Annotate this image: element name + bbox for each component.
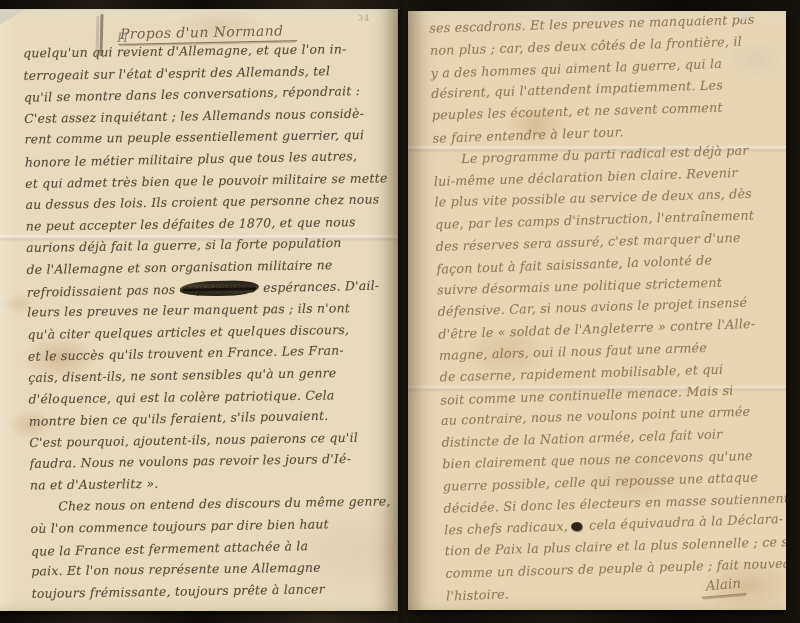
crease-notch [735, 11, 753, 21]
pencil-page-number: 34 [358, 14, 370, 23]
left-page: II 34 Propos d'un Normand quelqu'un qui … [0, 9, 398, 611]
left-page-text: quelqu'un qui revient d'Allemagne, et qu… [23, 37, 398, 604]
line-text: cela équivaudra à la Déclara- [585, 511, 784, 533]
line-text: espérances. D'ail- [259, 277, 380, 294]
manuscript-line: ne peut accepter les défaites de 1870, e… [26, 210, 398, 237]
manuscript-scan: II 34 Propos d'un Normand quelqu'un qui … [0, 0, 800, 623]
signature-alain: Alain [700, 575, 747, 598]
right-page-text: ses escadrons. Et les preuves ne manquai… [429, 11, 786, 606]
right-page: ses escadrons. Et les preuves ne manquai… [408, 11, 786, 610]
scratched-out-word: espérances [179, 280, 259, 297]
ink-blot [570, 522, 582, 532]
torn-corner [0, 9, 26, 25]
manuscript-line: na et d'Austerlitz ». [30, 469, 398, 496]
line-text: refroidissaient pas nos [27, 281, 180, 299]
line-text: les chefs radicaux, [444, 519, 568, 538]
